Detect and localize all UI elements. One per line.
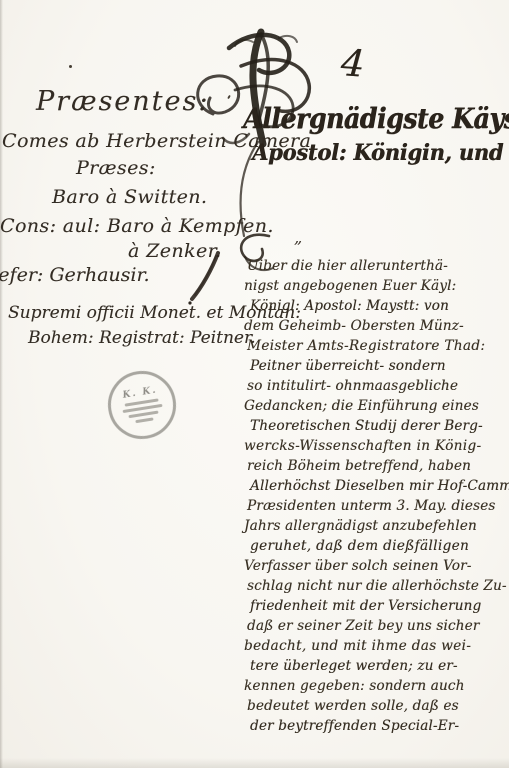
praesentes-heading: Præsentes: — [36, 86, 209, 117]
attendee-line: Baro à Switten. — [52, 186, 207, 208]
body-line: reich Böheim betreffend, haben — [247, 456, 506, 476]
body-line: friedenheit mit der Versicherung — [250, 596, 506, 616]
office-line: Bohem: Registrat: Peitner. — [28, 328, 256, 348]
body-line: Jahrs allergnädigst anzubefehlen — [244, 516, 506, 536]
body-line: daß er seiner Zeit bey uns sicher — [247, 616, 506, 636]
body-line: tere überleget werden; zu er- — [250, 656, 506, 676]
body-line: Königl: Apostol: Maystt: von — [250, 296, 506, 316]
body-line: Gedancken; die Einführung eines — [244, 396, 506, 416]
body-line: bedacht, und mit ihme das wei- — [244, 636, 506, 656]
body-line: Meister Amts-Registratore Thad: — [247, 336, 506, 356]
body-line: dem Geheimb- Obersten Münz- — [244, 316, 506, 336]
quote-flourish: „ — [294, 228, 302, 247]
body-line: wercks-Wissenschaften in König- — [244, 436, 506, 456]
body-text: Uiber die hier allerunterthä-nigst angeb… — [244, 256, 506, 736]
manuscript-page: 4 Præsentes: Comes ab Herberstein Camera… — [0, 0, 509, 768]
stamp-illegible-line — [128, 411, 158, 419]
slash-divider-stroke — [186, 250, 222, 306]
body-line: der beytreffenden Special-Er- — [250, 716, 506, 736]
body-line: kennen gegeben: sondern auch — [244, 676, 506, 696]
address-heading-line1: Allergnädigste Käyserin — [243, 102, 509, 135]
body-line: Theoretischen Studij derer Berg- — [250, 416, 506, 436]
body-line: Peitner überreicht- sondern — [250, 356, 506, 376]
body-line: Allerhöchst Dieselben mir Hof-Cammer — [250, 476, 506, 496]
body-line: bedeutet werden solle, daß es — [247, 696, 506, 716]
body-line: geruhet, daß dem dießfälligen — [250, 536, 506, 556]
attendee-line: Præses: — [76, 157, 156, 179]
body-line: Uiber die hier allerunterthä- — [247, 256, 506, 276]
address-heading-line2: Apostol: Königin, und Frau — [252, 140, 509, 166]
referent-line: Refer: Gerhausir. — [0, 264, 150, 286]
body-line: Verfasser über solch seinen Vor- — [244, 556, 506, 576]
archive-stamp: K. K. — [103, 366, 181, 444]
page-number: 4 — [340, 41, 366, 86]
body-line: Præsidenten unterm 3. May. dieses — [247, 496, 506, 516]
body-line: nigst angebogenen Euer Käyl: — [244, 276, 506, 296]
stamp-illegible-line — [135, 417, 153, 423]
body-line: schlag nicht nur die allerhöchste Zu- — [247, 576, 506, 596]
body-line: so intitulirt- ohnmaasgebliche — [247, 376, 506, 396]
ink-speck — [69, 65, 72, 68]
